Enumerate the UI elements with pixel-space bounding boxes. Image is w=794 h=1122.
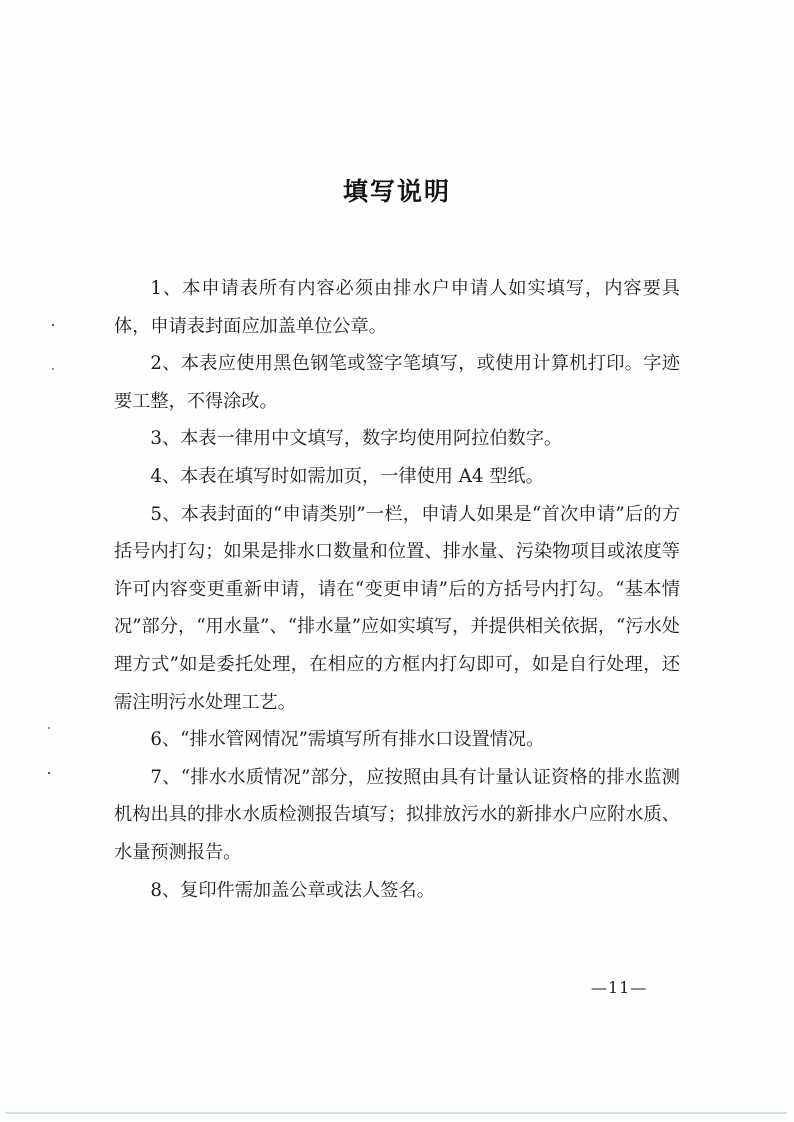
binding-mark [48, 727, 50, 729]
instruction-item-5: 5、本表封面的“申请类别”一栏，申请人如果是“首次申请”后的方括号内打勾；如果是… [114, 496, 680, 722]
document-page: 填写说明 1、本申请表所有内容必须由排水户申请人如实填写，内容要具体，申请表封面… [0, 0, 794, 1122]
instruction-item-8: 8、复印件需加盖公章或法人签名。 [114, 872, 680, 910]
page-bottom-edge [5, 1112, 787, 1114]
page-title: 填写说明 [0, 172, 794, 208]
instruction-item-4: 4、本表在填写时如需加页，一律使用 A4 型纸。 [114, 458, 680, 496]
binding-mark [48, 772, 50, 774]
binding-mark [52, 324, 54, 326]
page-number: —11— [591, 978, 647, 997]
instructions-body: 1、本申请表所有内容必须由排水户申请人如实填写，内容要具体，申请表封面应加盖单位… [114, 270, 680, 909]
instruction-item-3: 3、本表一律用中文填写，数字均使用阿拉伯数字。 [114, 420, 680, 458]
instruction-item-7: 7、“排水水质情况”部分，应按照由具有计量认证资格的排水监测机构出具的排水水质检… [114, 759, 680, 872]
instruction-item-6: 6、“排水管网情况”需填写所有排水口设置情况。 [114, 721, 680, 759]
instruction-item-2: 2、本表应使用黑色钢笔或签字笔填写，或使用计算机打印。字迹要工整，不得涂改。 [114, 345, 680, 420]
instruction-item-1: 1、本申请表所有内容必须由排水户申请人如实填写，内容要具体，申请表封面应加盖单位… [114, 270, 680, 345]
binding-mark [52, 368, 54, 370]
